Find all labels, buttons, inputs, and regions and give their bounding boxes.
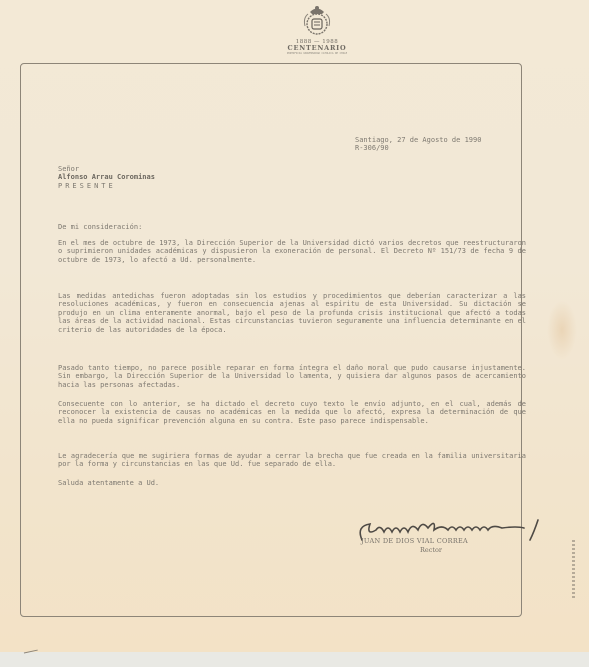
recipient-present: PRESENTE bbox=[58, 182, 155, 190]
letter-reference: R-306/90 bbox=[355, 144, 389, 152]
paragraph-2: Las medidas antedichas fueron adoptadas … bbox=[58, 292, 526, 334]
recipient-title: Señor bbox=[58, 165, 155, 173]
centennial-title: CENTENARIO bbox=[272, 45, 362, 52]
paragraph-3: Pasado tanto tiempo, no parece posible r… bbox=[58, 364, 526, 389]
paragraph-1: En el mes de octubre de 1973, la Direcci… bbox=[58, 239, 526, 264]
recipient-block: Señor Alfonso Arrau Corominas PRESENTE bbox=[58, 165, 155, 190]
institution-subtitle: PONTIFICIA UNIVERSIDAD CATOLICA DE CHILE bbox=[272, 52, 362, 55]
paragraph-5: Le agradecería que me sugiriera formas d… bbox=[58, 452, 526, 469]
letterhead: 1888 — 1988 CENTENARIO PONTIFICIA UNIVER… bbox=[272, 4, 362, 64]
pencil-mark bbox=[24, 650, 38, 656]
university-crest-icon bbox=[300, 4, 334, 38]
letter-page: 1888 — 1988 CENTENARIO PONTIFICIA UNIVER… bbox=[0, 0, 589, 652]
side-printer-mark bbox=[572, 540, 575, 600]
paper-stain bbox=[547, 300, 577, 360]
closing-line: Saluda atentamente a Ud. bbox=[58, 479, 159, 487]
signer-role: Rector bbox=[420, 546, 442, 554]
recipient-name: Alfonso Arrau Corominas bbox=[58, 173, 155, 181]
greeting: De mi consideración: bbox=[58, 223, 142, 231]
paragraph-4: Consecuente con lo anterior, se ha dicta… bbox=[58, 400, 526, 425]
signer-name: JUAN DE DIOS VIAL CORREA bbox=[361, 537, 468, 545]
